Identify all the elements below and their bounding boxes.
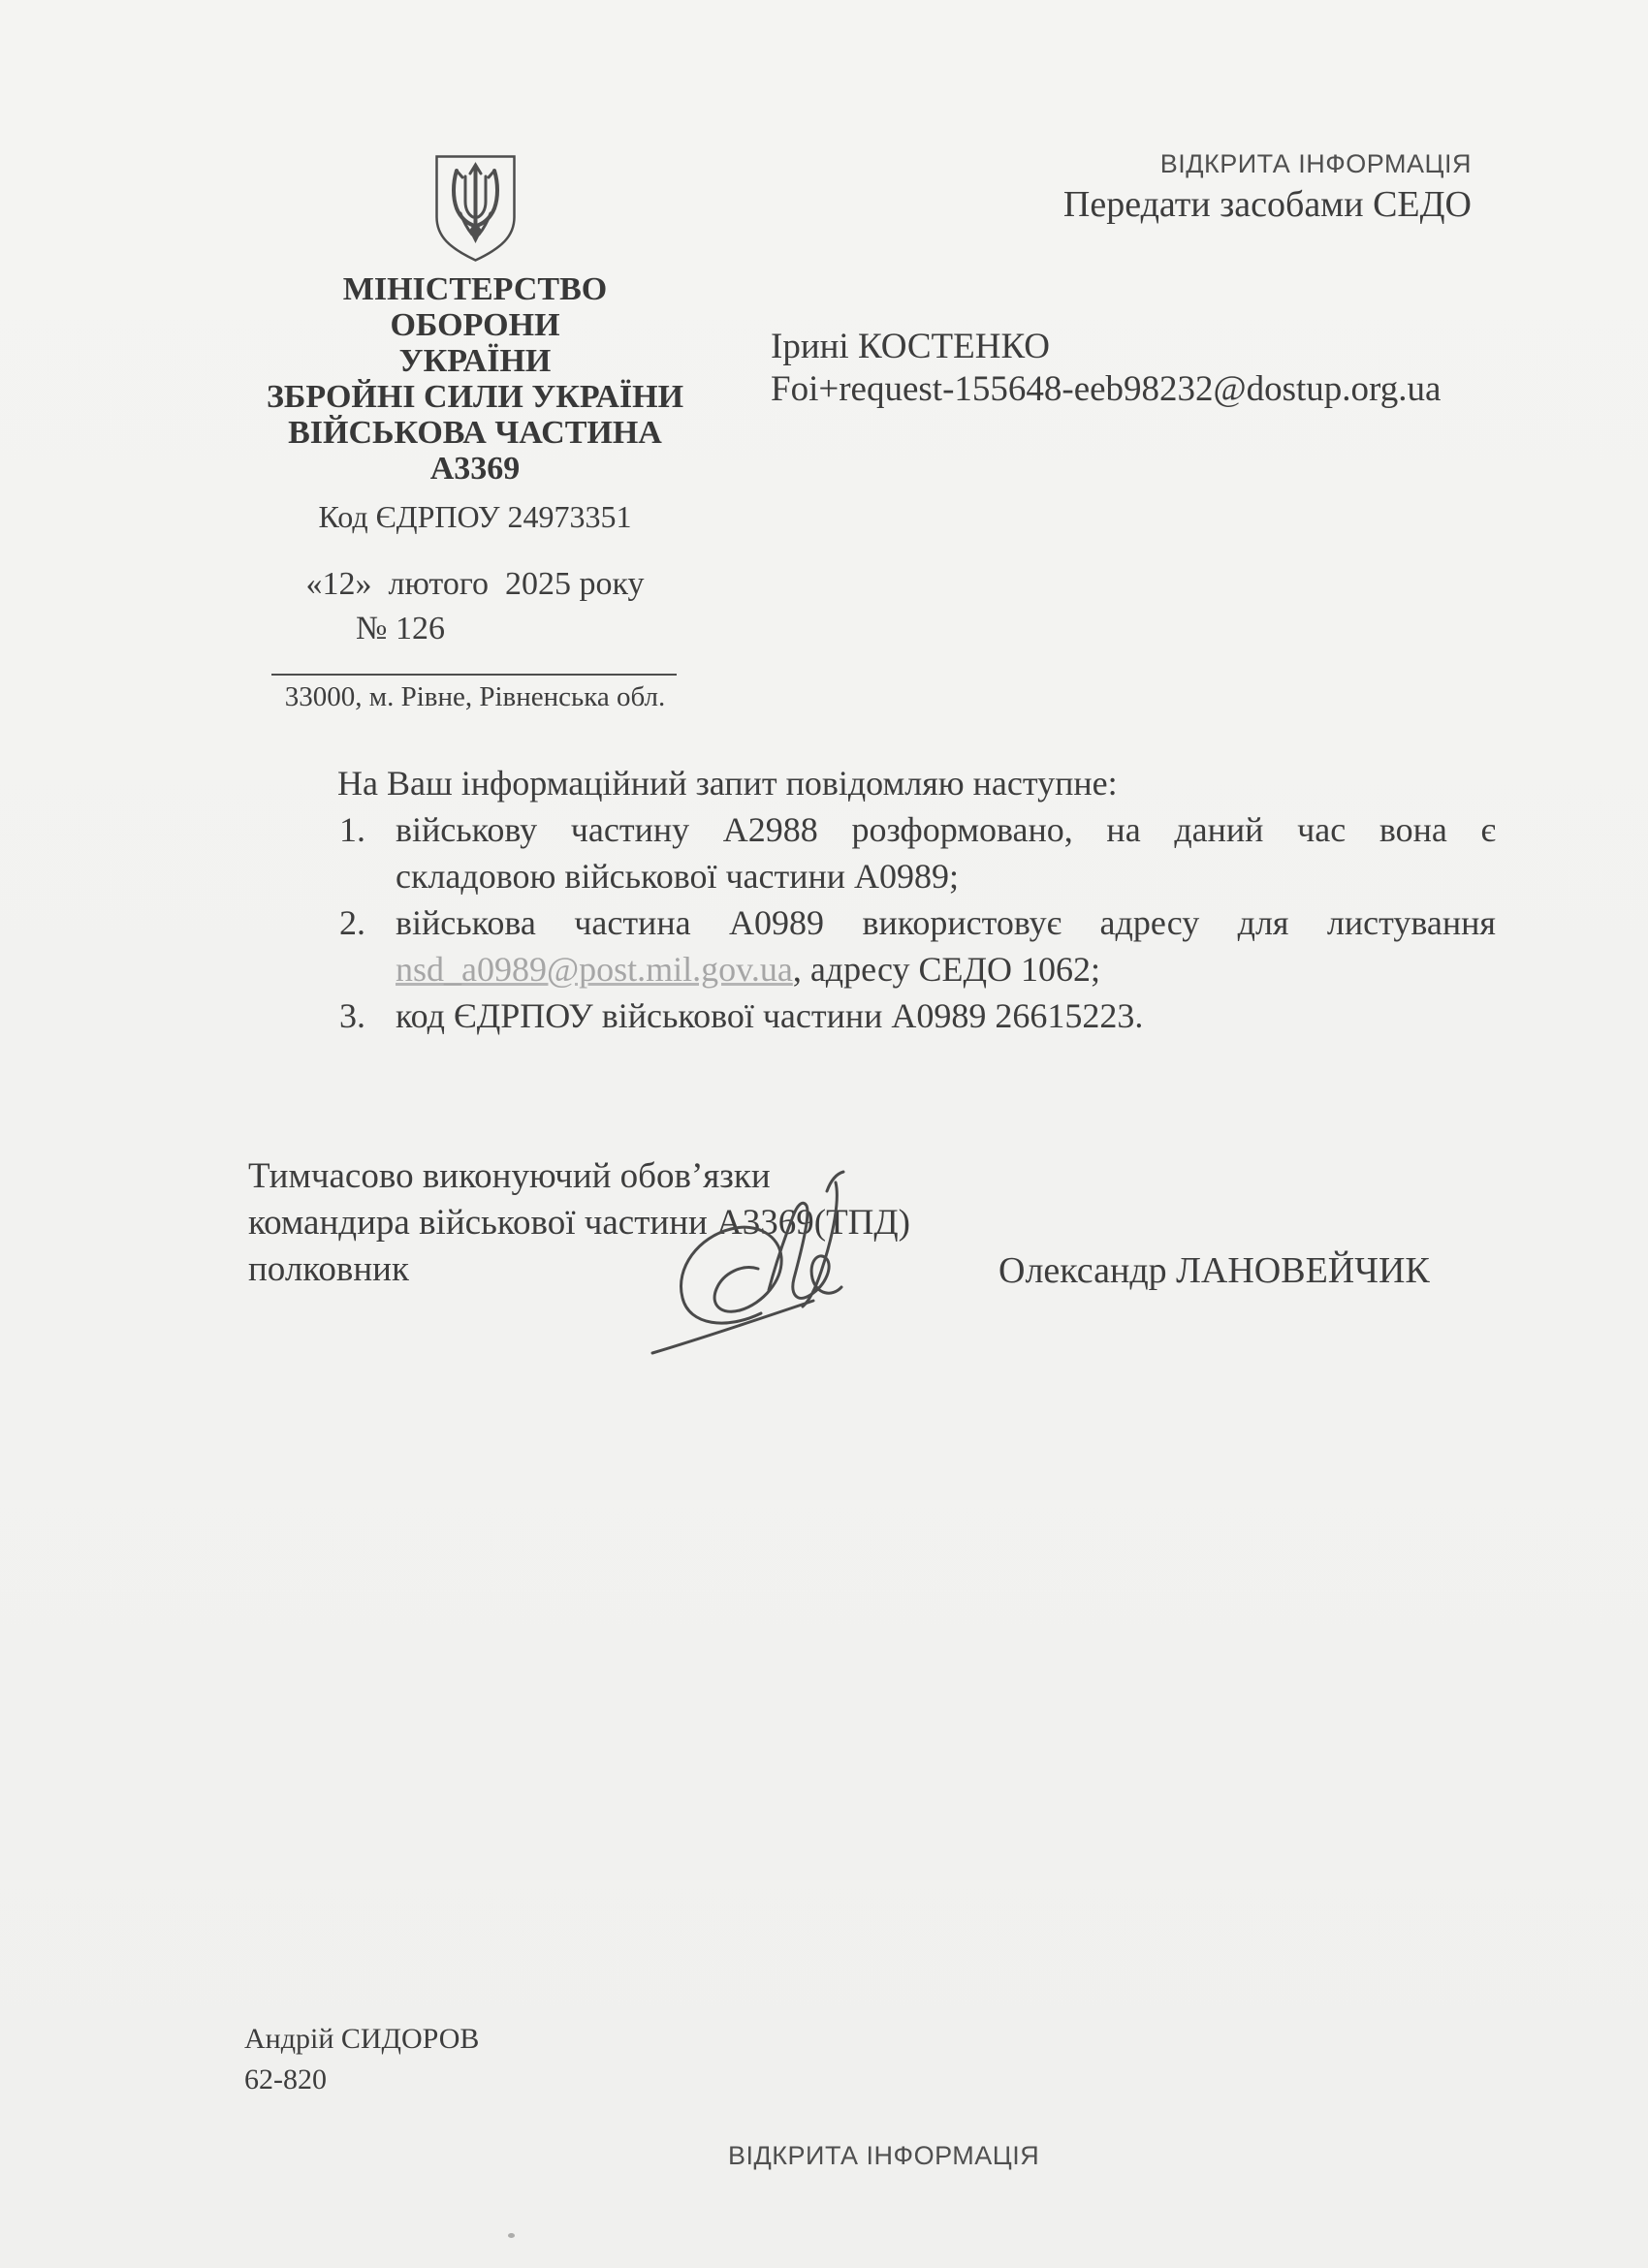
list-number-1: 1. bbox=[339, 806, 365, 853]
executor-phone: 62-820 bbox=[244, 2063, 327, 2097]
handwritten-signature bbox=[645, 1161, 877, 1370]
delivery-note: Передати засобами СЕДО bbox=[1063, 183, 1472, 226]
scanned-letter-page: МІНІСТЕРСТВО ОБОРОНИ УКРАЇНИ ЗБРОЙНІ СИЛ… bbox=[0, 0, 1648, 2268]
org-line: МІНІСТЕРСТВО ОБОРОНИ bbox=[262, 271, 688, 343]
military-unit-number: А3369 bbox=[262, 451, 688, 487]
list-item-2-line-2: nsd_a0989@post.mil.gov.ua, адресу СЕДО 1… bbox=[396, 946, 1496, 992]
recipient-email: Foi+request-155648-eeb98232@dostup.org.u… bbox=[771, 368, 1441, 411]
document-number: № 126 bbox=[262, 610, 688, 648]
scan-artifact-speck bbox=[508, 2233, 515, 2238]
letterhead: МІНІСТЕРСТВО ОБОРОНИ УКРАЇНИ ЗБРОЙНІ СИЛ… bbox=[262, 153, 688, 713]
executor-name: Андрій СИДОРОВ bbox=[244, 2022, 479, 2057]
org-line: ВІЙСЬКОВА ЧАСТИНА bbox=[262, 415, 688, 451]
list-item-3: 3. код ЄДРПОУ військової частини А0989 2… bbox=[396, 992, 1496, 1039]
list-item-text: код ЄДРПОУ військової частини А0989 2661… bbox=[396, 996, 1143, 1035]
org-line: ЗБРОЙНІ СИЛИ УКРАЇНИ bbox=[262, 379, 688, 415]
classification-label-bottom: ВІДКРИТА ІНФОРМАЦІЯ bbox=[728, 2140, 1039, 2171]
list-item-1-line-1: 1. військову частину А2988 розформовано,… bbox=[396, 806, 1496, 853]
sender-address: 33000, м. Рівне, Рівненська обл. bbox=[262, 680, 688, 713]
signer-name: Олександр ЛАНОВЕЙЧИК bbox=[998, 1248, 1430, 1293]
classification-label-top: ВІДКРИТА ІНФОРМАЦІЯ bbox=[1063, 147, 1472, 180]
letterhead-divider bbox=[271, 674, 677, 676]
edrpou-code: Код ЄДРПОУ 24973351 bbox=[262, 498, 688, 535]
classification-block: ВІДКРИТА ІНФОРМАЦІЯ Передати засобами СЕ… bbox=[1063, 147, 1472, 226]
list-item-text: військову частину А2988 розформовано, на… bbox=[396, 810, 1496, 849]
recipient-block: Ірині КОСТЕНКО Foi+request-155648-eeb982… bbox=[771, 326, 1441, 411]
list-item-1-line-2: складовою військової частини А0989; bbox=[396, 853, 1496, 899]
document-date: «12» лютого 2025 року bbox=[262, 565, 688, 604]
list-item-text: військова частина А0989 використовує адр… bbox=[396, 903, 1496, 942]
list-number-2: 2. bbox=[339, 899, 365, 946]
list-number-3: 3. bbox=[339, 992, 365, 1039]
list-item-2-line-1: 2. військова частина А0989 використовує … bbox=[396, 899, 1496, 946]
ukraine-trident-emblem-icon bbox=[433, 153, 518, 264]
body-intro: На Ваш інформаційний запит повідомляю на… bbox=[337, 760, 1496, 806]
unit-email-link[interactable]: nsd_a0989@post.mil.gov.ua bbox=[396, 950, 793, 989]
recipient-name: Ірині КОСТЕНКО bbox=[771, 326, 1441, 368]
list-item-text: , адресу СЕДО 1062; bbox=[793, 950, 1100, 989]
org-line: УКРАЇНИ bbox=[262, 343, 688, 379]
letter-body: На Ваш інформаційний запит повідомляю на… bbox=[396, 760, 1496, 1039]
organization-name: МІНІСТЕРСТВО ОБОРОНИ УКРАЇНИ ЗБРОЙНІ СИЛ… bbox=[262, 271, 688, 487]
